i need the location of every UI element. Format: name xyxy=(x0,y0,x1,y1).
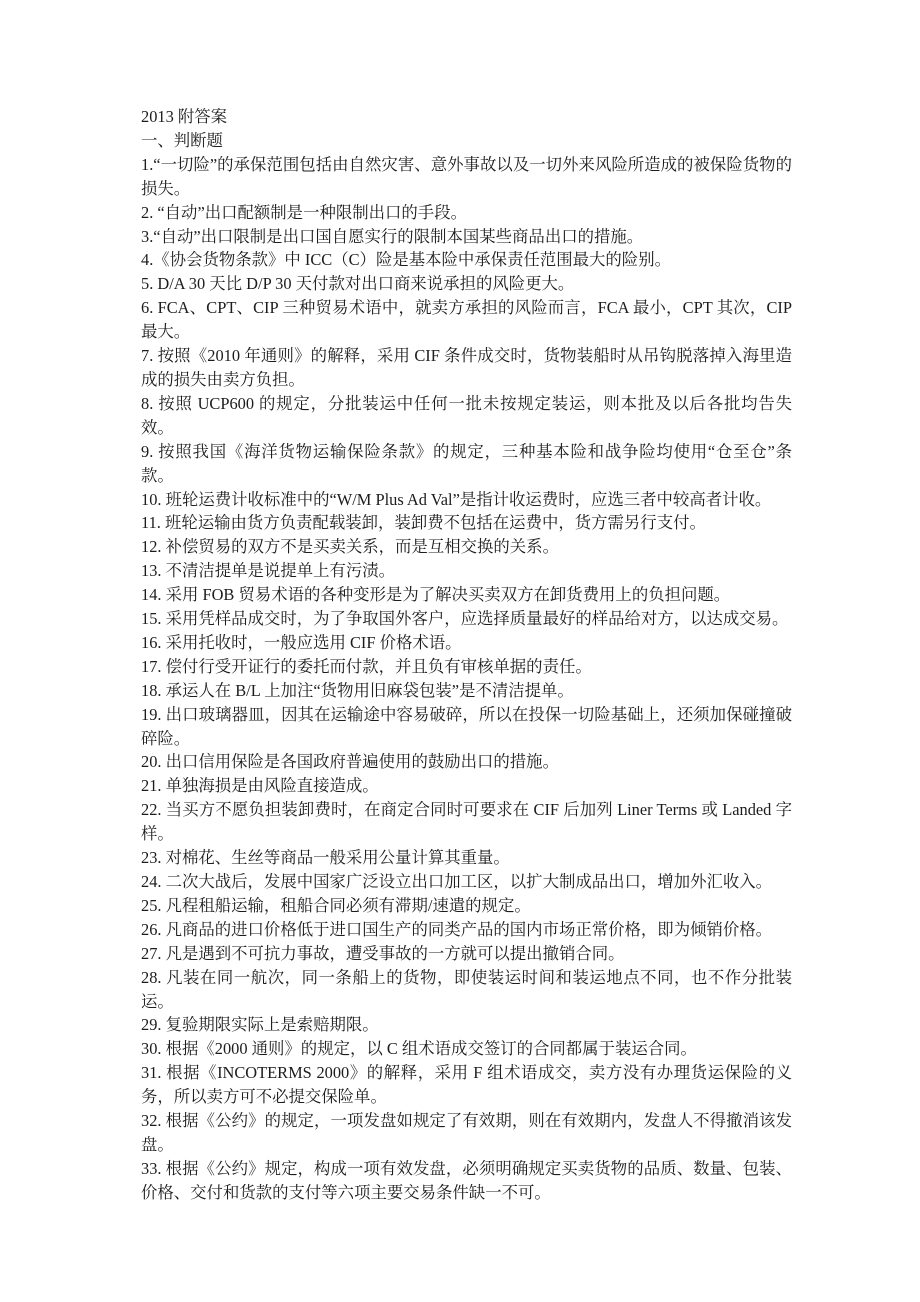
question-item: 21. 单独海损是由风险直接造成。 xyxy=(141,774,792,798)
question-item: 16. 采用托收时，一般应选用 CIF 价格术语。 xyxy=(141,631,792,655)
question-item: 13. 不清洁提单是说提单上有污渍。 xyxy=(141,559,792,583)
question-item: 24. 二次大战后，发展中国家广泛设立出口加工区，以扩大制成品出口，增加外汇收入… xyxy=(141,870,792,894)
question-list: 1.“一切险”的承保范围包括由自然灾害、意外事故以及一切外来风险所造成的被保险货… xyxy=(141,153,792,1205)
question-item: 15. 采用凭样品成交时，为了争取国外客户，应选择质量最好的样品给对方，以达成交… xyxy=(141,607,792,631)
question-item: 6. FCA、CPT、CIP 三种贸易术语中，就卖方承担的风险而言，FCA 最小… xyxy=(141,296,792,344)
question-item: 32. 根据《公约》的规定，一项发盘如规定了有效期，则在有效期内，发盘人不得撤消… xyxy=(141,1109,792,1157)
question-item: 31. 根据《INCOTERMS 2000》的解释，采用 F 组术语成交，卖方没… xyxy=(141,1061,792,1109)
question-item: 12. 补偿贸易的双方不是买卖关系，而是互相交换的关系。 xyxy=(141,535,792,559)
question-item: 20. 出口信用保险是各国政府普遍使用的鼓励出口的措施。 xyxy=(141,750,792,774)
question-item: 1.“一切险”的承保范围包括由自然灾害、意外事故以及一切外来风险所造成的被保险货… xyxy=(141,153,792,201)
question-item: 10. 班轮运费计收标准中的“W/M Plus Ad Val”是指计收运费时，应… xyxy=(141,488,792,512)
question-item: 30. 根据《2000 通则》的规定，以 C 组术语成交签订的合同都属于装运合同… xyxy=(141,1037,792,1061)
question-item: 18. 承运人在 B/L 上加注“货物用旧麻袋包装”是不清洁提单。 xyxy=(141,679,792,703)
question-item: 9. 按照我国《海洋货物运输保险条款》的规定，三种基本险和战争险均使用“仓至仓”… xyxy=(141,440,792,488)
question-item: 33. 根据《公约》规定，构成一项有效发盘，必须明确规定买卖货物的品质、数量、包… xyxy=(141,1157,792,1205)
question-item: 2. “自动”出口配额制是一种限制出口的手段。 xyxy=(141,201,792,225)
question-item: 22. 当买方不愿负担装卸费时，在商定合同时可要求在 CIF 后加列 Liner… xyxy=(141,798,792,846)
question-item: 23. 对棉花、生丝等商品一般采用公量计算其重量。 xyxy=(141,846,792,870)
question-item: 5. D/A 30 天比 D/P 30 天付款对出口商来说承担的风险更大。 xyxy=(141,272,792,296)
question-item: 4.《协会货物条款》中 ICC（C）险是基本险中承保责任范围最大的险别。 xyxy=(141,248,792,272)
question-item: 17. 偿付行受开证行的委托而付款，并且负有审核单据的责任。 xyxy=(141,655,792,679)
question-item: 28. 凡装在同一航次，同一条船上的货物，即使装运时间和装运地点不同，也不作分批… xyxy=(141,966,792,1014)
question-item: 3.“自动”出口限制是出口国自愿实行的限制本国某些商品出口的措施。 xyxy=(141,225,792,249)
question-item: 19. 出口玻璃器皿，因其在运输途中容易破碎，所以在投保一切险基础上，还须加保碰… xyxy=(141,703,792,751)
question-item: 26. 凡商品的进口价格低于进口国生产的同类产品的国内市场正常价格，即为倾销价格… xyxy=(141,918,792,942)
question-item: 14. 采用 FOB 贸易术语的各种变形是为了解决买卖双方在卸货费用上的负担问题… xyxy=(141,583,792,607)
question-item: 11. 班轮运输由货方负责配载装卸，装卸费不包括在运费中，货方需另行支付。 xyxy=(141,511,792,535)
question-item: 27. 凡是遇到不可抗力事故，遭受事故的一方就可以提出撤销合同。 xyxy=(141,942,792,966)
document-page: 2013 附答案 一、判断题 1.“一切险”的承保范围包括由自然灾害、意外事故以… xyxy=(0,0,920,1302)
question-item: 8. 按照 UCP600 的规定，分批装运中任何一批未按规定装运，则本批及以后各… xyxy=(141,392,792,440)
section-heading: 一、判断题 xyxy=(141,129,792,153)
question-item: 7. 按照《2010 年通则》的解释，采用 CIF 条件成交时，货物装船时从吊钩… xyxy=(141,344,792,392)
document-title: 2013 附答案 xyxy=(141,105,792,129)
document-text-block: 2013 附答案 一、判断题 1.“一切险”的承保范围包括由自然灾害、意外事故以… xyxy=(141,105,792,1205)
question-item: 29. 复验期限实际上是索赔期限。 xyxy=(141,1013,792,1037)
question-item: 25. 凡程租船运输，租船合同必须有滞期/速遣的规定。 xyxy=(141,894,792,918)
